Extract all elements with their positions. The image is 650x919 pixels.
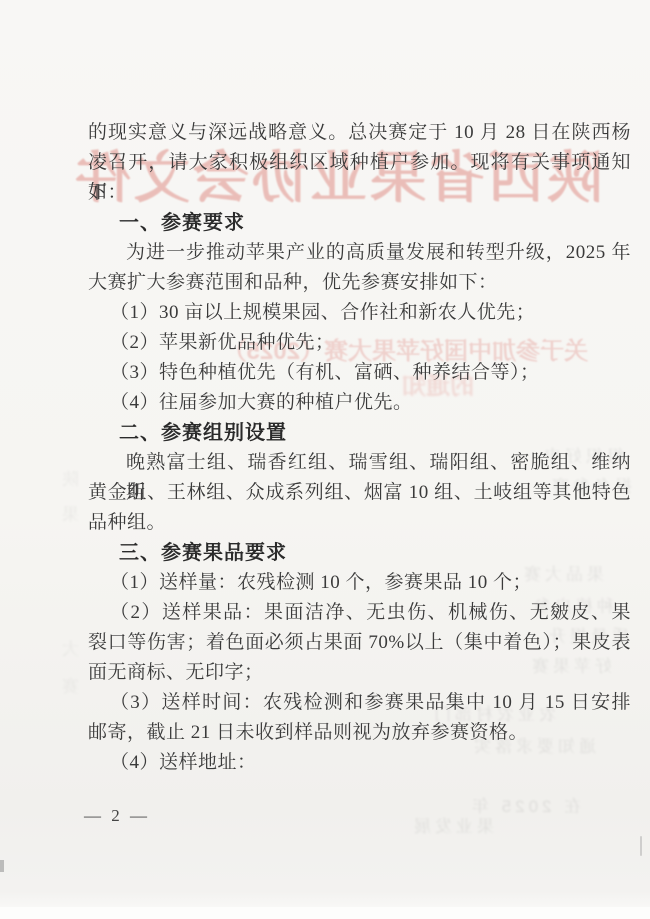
bleed-fragment: 大赛 (60, 640, 85, 714)
text-line: 的现实意义与深远战略意义。总决赛定于 10 月 28 日在陕西杨 (88, 118, 631, 148)
text-line: 为进一步推动苹果产业的高质量发展和转型升级，2025 年 (88, 238, 631, 268)
text-line: （4）送样地址： (88, 748, 631, 778)
text-line: 凌召开，请大家积极组织区域种植户参加。现将有关事项通知如 (88, 148, 631, 178)
text-line: 面无商标、无印字； (88, 658, 631, 688)
bleed-fragment: 果业发展 (410, 812, 494, 837)
text-line: （3）送样时间：农残检测和参赛果品集中 10 月 15 日安排 (88, 688, 631, 718)
text-line: 品种组。 (88, 508, 631, 538)
scan-speck (640, 836, 642, 856)
text-line: 下： (88, 178, 631, 208)
scan-speck (0, 860, 4, 872)
section-heading: 一、参赛要求 (88, 208, 631, 238)
text-line: （4）往届参加大赛的种植户优先。 (88, 388, 631, 418)
scan-edge-strip (0, 907, 650, 919)
text-line: 黄金组、王林组、众成系列组、烟富 10 组、土岐组等其他特色 (88, 478, 631, 508)
text-block: 的现实意义与深远战略意义。总决赛定于 10 月 28 日在陕西杨凌召开，请大家积… (88, 118, 631, 778)
text-line: 晚熟富士组、瑞香红组、瑞雪组、瑞阳组、密脆组、维纳斯 (88, 448, 631, 478)
text-line: （1）送样量：农残检测 10 个，参赛果品 10 个； (88, 568, 631, 598)
text-line: （3）特色种植优先（有机、富硒、种养结合等）； (88, 358, 631, 388)
bleed-fragment: 在 2025 年 (468, 792, 581, 817)
text-line: （1）30 亩以上规模果园、合作社和新农人优先； (88, 298, 631, 328)
text-line: 邮寄，截止 21 日未收到样品则视为放弃参赛资格。 (88, 718, 631, 748)
text-line: （2）送样果品：果面洁净、无虫伤、机械伤、无皴皮、果 (88, 598, 631, 628)
text-line: （2）苹果新优品种优先； (88, 328, 631, 358)
page-number: — 2 — (84, 806, 150, 826)
section-heading: 三、参赛果品要求 (88, 538, 631, 568)
document-page: 陕西省果业协会文件 关于参加中国好苹果大赛（2025） 的通知 组织好申 报名参… (0, 0, 650, 919)
section-heading: 二、参赛组别设置 (88, 418, 631, 448)
text-line: 裂口等伤害；着色面必须占果面 70%以上（集中着色）；果皮表 (88, 628, 631, 658)
bleed-fragment: 陕果 (60, 470, 85, 540)
text-line: 大赛扩大参赛范围和品种，优先参赛安排如下： (88, 268, 631, 298)
